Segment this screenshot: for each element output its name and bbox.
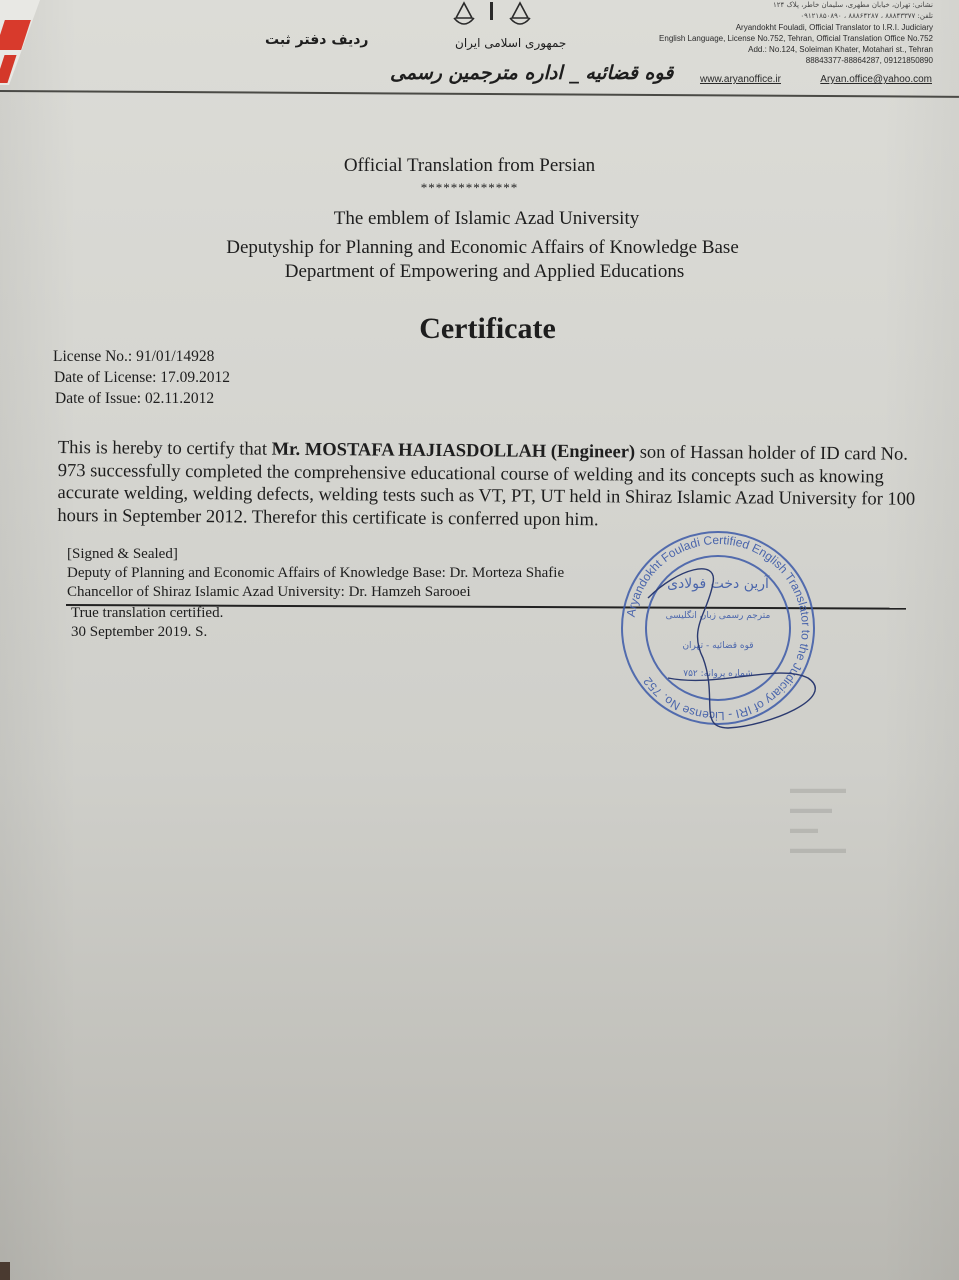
scales-of-justice-icon: [450, 0, 535, 28]
signatures-block: [Signed & Sealed] Deputy of Planning and…: [67, 545, 564, 602]
seal-inner-line: آرین دخت فولادی: [667, 575, 770, 592]
issue-date: Date of Issue: 02.11.2012: [53, 388, 230, 409]
bleed-through-text: ▬▬▬▬▬▬▬▬▬▬▬▬▬: [790, 780, 846, 860]
office-line: English Language, License No.752, Tehran…: [603, 33, 933, 44]
certification-date: 30 September 2019. S.: [71, 623, 223, 642]
signatory-deputy: Deputy of Planning and Economic Affairs …: [67, 564, 564, 583]
body-prefix: This is hereby to certify that: [58, 438, 272, 460]
license-date: Date of License: 17.09.2012: [53, 367, 230, 388]
institution-line: Deputyship for Planning and Economic Aff…: [3, 237, 959, 259]
seal-inner-line: مترجم رسمی زبان انگلیسی: [666, 609, 771, 621]
license-number: License No.: 91/01/14928: [53, 346, 230, 367]
signatory-chancellor: Chancellor of Shiraz Islamic Azad Univer…: [67, 583, 564, 602]
certificate-meta: License No.: 91/01/14928 Date of License…: [53, 346, 230, 409]
email-link[interactable]: Aryan.office@yahoo.com: [820, 74, 932, 85]
institution-line: Department of Empowering and Applied Edu…: [5, 261, 959, 283]
signed-sealed-note: [Signed & Sealed]: [67, 545, 564, 564]
office-line: Aryandokht Fouladi, Official Translator …: [603, 22, 933, 33]
office-persian-address: نشانی: تهران، خیابان مطهری، سلیمان خاطر،…: [603, 0, 933, 11]
office-line: Add.: No.124, Soleiman Khater, Motahari …: [603, 44, 933, 55]
recipient-name: Mr. MOSTAFA HAJIASDOLLAH (Engineer): [272, 440, 636, 463]
seal-inner-line: قوه قضائیه - تهران: [682, 641, 753, 651]
office-line: 88843377-88864287, 09121850890: [603, 55, 933, 66]
certification-statement: True translation certified.: [71, 604, 223, 623]
translator-seal-stamp: Aryandokht Fouladi Certified English Tra…: [608, 528, 828, 738]
separator-stars: *************: [0, 180, 949, 196]
svg-text:Aryandokht Fouladi Certified E: Aryandokht Fouladi Certified English Tra…: [624, 533, 813, 723]
seal-inner-line: شماره پروانه: ۷۵۲: [683, 669, 752, 679]
registry-label: ردیف دفتر ثبت: [265, 32, 369, 48]
translation-heading: Official Translation from Persian: [0, 155, 949, 177]
table-surface-edge: [0, 1262, 10, 1280]
certificate-body: This is hereby to certify that Mr. MOSTA…: [57, 437, 918, 534]
office-persian-phone: تلفن: ۸۸۸۴۳۳۷۷ ، ۸۸۸۶۴۲۸۷ ، ۰۹۱۲۱۸۵۰۸۹۰: [603, 11, 933, 22]
institution-line: The emblem of Islamic Azad University: [7, 208, 959, 230]
certificate-title: Certificate: [8, 312, 959, 346]
seal-outer-text: Aryandokht Fouladi Certified English Tra…: [624, 533, 813, 723]
translator-office-info: نشانی: تهران، خیابان مطهری، سلیمان خاطر،…: [603, 0, 933, 66]
website-link[interactable]: www.aryanoffice.ir: [700, 74, 781, 85]
office-links: www.aryanoffice.ir Aryan.office@yahoo.co…: [700, 74, 932, 85]
translation-certification: True translation certified. 30 September…: [71, 604, 223, 642]
republic-label: جمهوری اسلامی ایران: [455, 36, 566, 50]
